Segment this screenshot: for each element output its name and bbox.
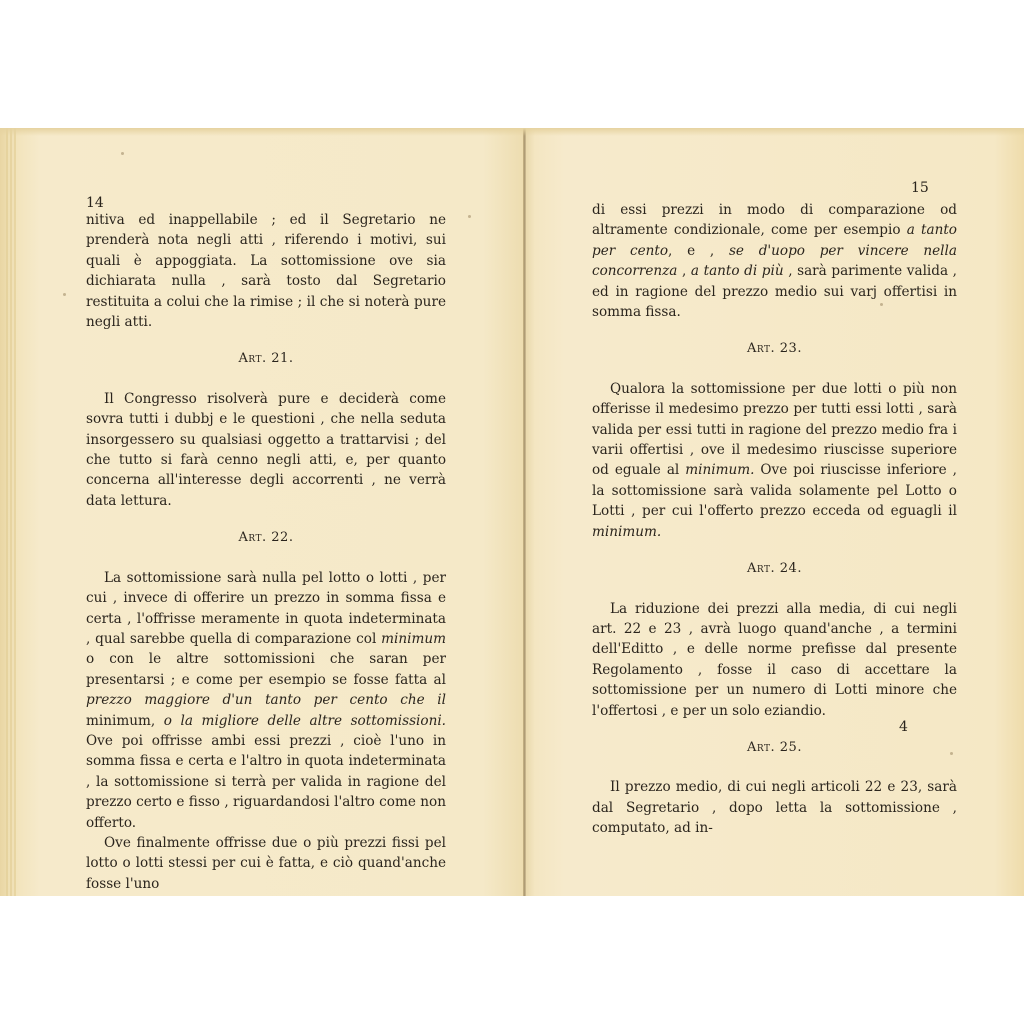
- right-page-text: di essi prezzi in modo di comparazione o…: [592, 200, 957, 839]
- article-heading: Art. 24.: [592, 559, 957, 579]
- paragraph: La riduzione dei prezzi alla media, di c…: [592, 599, 957, 721]
- paragraph: nitiva ed inappellabile ; ed il Segretar…: [86, 210, 446, 332]
- page-edges: [6, 128, 16, 896]
- article-heading: Art. 21.: [86, 349, 446, 369]
- left-page-text: nitiva ed inappellabile ; ed il Segretar…: [86, 210, 446, 894]
- paragraph: La sottomissione sarà nulla pel lotto o …: [86, 568, 446, 833]
- paragraph: Il prezzo medio, di cui negli articoli 2…: [592, 777, 957, 838]
- paragraph: di essi prezzi in modo di comparazione o…: [592, 200, 957, 322]
- paper-speck: [63, 293, 66, 296]
- article-heading: Art. 25.: [592, 738, 957, 758]
- page-number-left: 14: [86, 195, 104, 211]
- article-heading: Art. 23.: [592, 339, 957, 359]
- paper-speck: [468, 215, 471, 218]
- article-heading: Art. 22.: [86, 528, 446, 548]
- paper-speck: [950, 752, 953, 755]
- paragraph: Qualora la sottomissione per due lotti o…: [592, 379, 957, 542]
- page-top-edge: [0, 128, 1024, 136]
- paper-speck: [121, 152, 124, 155]
- paper-speck: [153, 742, 156, 745]
- paragraph: Il Congresso risolverà pure e deciderà c…: [86, 389, 446, 511]
- signature-mark: 4: [899, 719, 908, 735]
- page-number-right: 15: [911, 180, 929, 196]
- paper-speck: [880, 303, 883, 306]
- paragraph: Ove finalmente offrisse due o più prezzi…: [86, 833, 446, 894]
- book-gutter: [523, 128, 526, 896]
